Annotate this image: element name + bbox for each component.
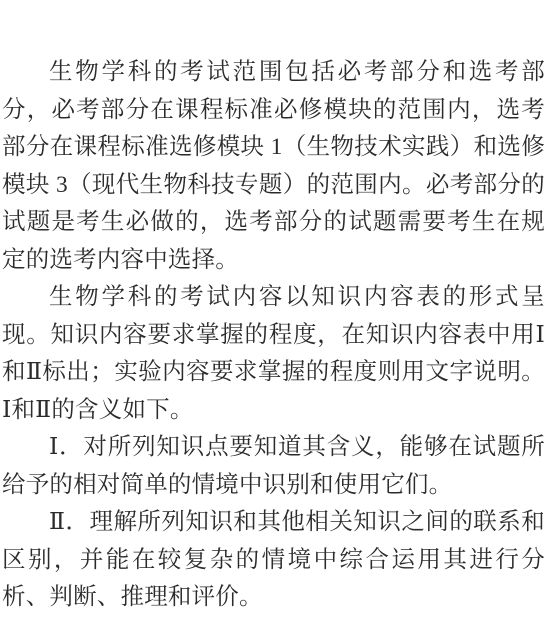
paragraph-exam-content-presentation: 生物学科的考试内容以知识内容表的形式呈现。知识内容要求掌握的程度，在知识内容表中… xyxy=(2,279,545,429)
paragraph-level-two-definition: Ⅱ．理解所列知识和其他相关知识之间的联系和区别，并能在较复杂的情境中综合运用其进… xyxy=(2,504,545,617)
paragraph-exam-scope: 生物学科的考试范围包括必考部分和选考部分，必考部分在课程标准必修模块的范围内，选… xyxy=(2,54,545,279)
paragraph-level-one-definition: Ⅰ．对所列知识点要知道其含义，能够在试题所给予的相对简单的情境中识别和使用它们。 xyxy=(2,429,545,504)
document-page: 生物学科的考试范围包括必考部分和选考部分，必考部分在课程标准必修模块的范围内，选… xyxy=(0,0,550,640)
